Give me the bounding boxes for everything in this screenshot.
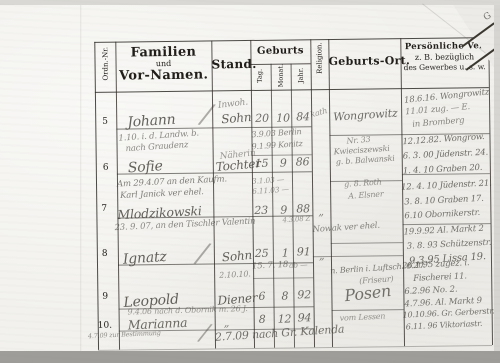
handwriting-row10-tag: 8 bbox=[259, 313, 266, 326]
handwriting-row7-tag: 23 bbox=[254, 204, 268, 217]
handwriting-row6-tag: 15 bbox=[255, 157, 269, 170]
handwriting-row9-ort: Posen bbox=[343, 281, 392, 305]
handwriting-row6-jahr: 86 bbox=[296, 155, 310, 168]
column-header-vor-namen: Vor-Namen. bbox=[116, 67, 212, 83]
row-number: 8 bbox=[102, 249, 108, 259]
handwriting-row8-note: ab — bbox=[289, 260, 308, 270]
row-number: 10. bbox=[98, 321, 112, 331]
handwriting-row10-stand: „ bbox=[224, 316, 230, 329]
handwriting-row8-note: 2.10.10. bbox=[219, 269, 251, 279]
handwriting-row9-note: vom Lessen bbox=[339, 312, 385, 323]
handwriting-row10-monat: 12 bbox=[278, 313, 292, 326]
scanned-register-card: Ordn.-Nr. Familien und Vor-Namen. Stand.… bbox=[0, 0, 500, 363]
handwriting-row7-religion: „ bbox=[318, 205, 324, 218]
handwriting-row7-note: Nowak ver ehel. bbox=[312, 221, 380, 235]
column-header-stand: Stand. bbox=[211, 57, 250, 71]
column-header-geburts-ort: Geburts-Ort. bbox=[328, 54, 400, 68]
handwriting-row6-monat: 9 bbox=[280, 157, 287, 170]
handwriting-row8-remark: 26.1.95 zugez. i. bbox=[402, 258, 470, 271]
handwriting-row10-note: 2.7.09 nach Gr. Kalenda bbox=[215, 322, 345, 343]
handwriting-row8-religion: „ bbox=[319, 249, 325, 262]
scan-edge-right bbox=[494, 5, 500, 351]
handwriting-row6-remark: 1. 4. 10 Graben 20. bbox=[403, 163, 483, 177]
handwriting-row8-note: 15. 7. 18 bbox=[252, 260, 288, 272]
handwriting-row6-ort-note: Nr. 33 bbox=[346, 135, 371, 146]
handwriting-row5-note: 3.9.03 Berlin bbox=[251, 127, 302, 139]
table-rule bbox=[328, 39, 333, 347]
handwriting-row8-monat: 1 bbox=[282, 247, 289, 260]
register-table: Ordn.-Nr. Familien und Vor-Namen. Stand.… bbox=[0, 0, 500, 363]
column-header-ordn-nr: Ordn.-Nr. bbox=[101, 43, 110, 85]
handwriting-row8-stand: Sohn bbox=[221, 248, 252, 264]
handwriting-row5-stand: Sohn bbox=[221, 110, 252, 126]
handwriting-row7-remark: 3. 8. 93 Schützenstr. 2 bbox=[407, 237, 500, 251]
table-rule bbox=[271, 64, 275, 348]
handwriting-flourish: / bbox=[198, 318, 211, 347]
handwriting-row8-tag: 25 bbox=[255, 247, 269, 260]
handwriting-row8-remark: 6.11. 96 Viktoriastr. bbox=[406, 319, 483, 332]
handwriting-row7-note: 4.3.08 Z bbox=[282, 215, 310, 225]
column-header-bemerkungen-1: Persönliche Ver bbox=[400, 41, 488, 52]
handwriting-row8-remark: 6.2.96 No. 2. bbox=[404, 285, 457, 297]
handwriting-row5-stand-note: Inwoh. bbox=[218, 97, 249, 110]
handwriting-row8-name: Ignatz bbox=[122, 249, 167, 268]
handwriting-row7-remark: 3. 8. 10 Graben 17. bbox=[404, 194, 484, 208]
handwriting-row5-note: 9.1.99 Konitz bbox=[251, 139, 303, 151]
table-rule bbox=[331, 242, 403, 244]
handwriting-row7-remark: 6.10 Obornikerstr. bbox=[404, 208, 480, 222]
handwriting-row5-remark: in Bromberg bbox=[412, 116, 465, 130]
handwriting-row6-name: Sofie bbox=[127, 158, 163, 176]
handwriting-row5-name: Johann bbox=[127, 112, 176, 131]
handwriting-row9-tag: 6 bbox=[258, 290, 265, 303]
column-header-geburts: Geburts bbox=[250, 45, 310, 57]
handwriting-row6-note: 6.11.03 — bbox=[252, 185, 289, 196]
table-rule bbox=[253, 277, 313, 279]
row-number: 9 bbox=[102, 292, 108, 302]
handwriting-row5-tag: 20 bbox=[255, 112, 269, 125]
handwriting-row6-ort-note: g. 8. Roth bbox=[344, 177, 382, 188]
row-number: 7 bbox=[101, 204, 107, 214]
handwriting-row7-remark: 12. 4. 10 Jüdenstr. 21. bbox=[401, 178, 492, 192]
handwriting-row8-jahr: 91 bbox=[297, 245, 311, 258]
table-rule bbox=[332, 309, 404, 311]
handwriting-row5-jahr: 84 bbox=[296, 110, 310, 123]
handwriting-row7-jahr: 88 bbox=[296, 202, 310, 215]
row-number: 5 bbox=[102, 117, 108, 127]
handwriting-row6-note: Am 29.4.07 an den Kaufm. bbox=[117, 174, 227, 189]
column-header-tag: Tag. bbox=[256, 62, 264, 90]
table-rule bbox=[488, 37, 493, 345]
table-rule bbox=[98, 345, 492, 351]
row-number: 6 bbox=[103, 163, 109, 173]
table-rule bbox=[94, 42, 99, 350]
handwriting-row6-note: Karl Janick ver ehel. bbox=[120, 187, 204, 201]
column-header-jahr: Jahr. bbox=[297, 61, 305, 89]
handwriting-row5-monat: 10 bbox=[276, 112, 290, 125]
column-header-monat: Monat. bbox=[277, 62, 285, 90]
handwriting-row5-ort: Wongrowitz bbox=[333, 107, 398, 124]
column-header-religion: Religion. bbox=[315, 38, 323, 78]
handwriting-row9-jahr: 92 bbox=[297, 288, 311, 301]
table-rule bbox=[313, 255, 403, 257]
handwriting-row9-monat: 8 bbox=[281, 290, 288, 303]
handwriting-row8-remark: Fischerei 11. bbox=[413, 271, 467, 284]
table-rule bbox=[211, 40, 216, 348]
handwriting-flourish: / bbox=[195, 236, 211, 270]
scanner-background-strip bbox=[0, 351, 500, 363]
handwriting-row6-ort-note: A. Elsner bbox=[348, 189, 384, 200]
handwriting-row10-jahr: 94 bbox=[298, 311, 312, 324]
handwriting-row7-monat: 9 bbox=[280, 204, 287, 217]
handwriting-row7-remark: 19.9.92 Al. Markt 2 bbox=[403, 224, 484, 238]
table-rule bbox=[291, 63, 295, 347]
handwriting-row6-remark: 6. 3. 00 Jüdenstr. 24. bbox=[402, 148, 488, 162]
